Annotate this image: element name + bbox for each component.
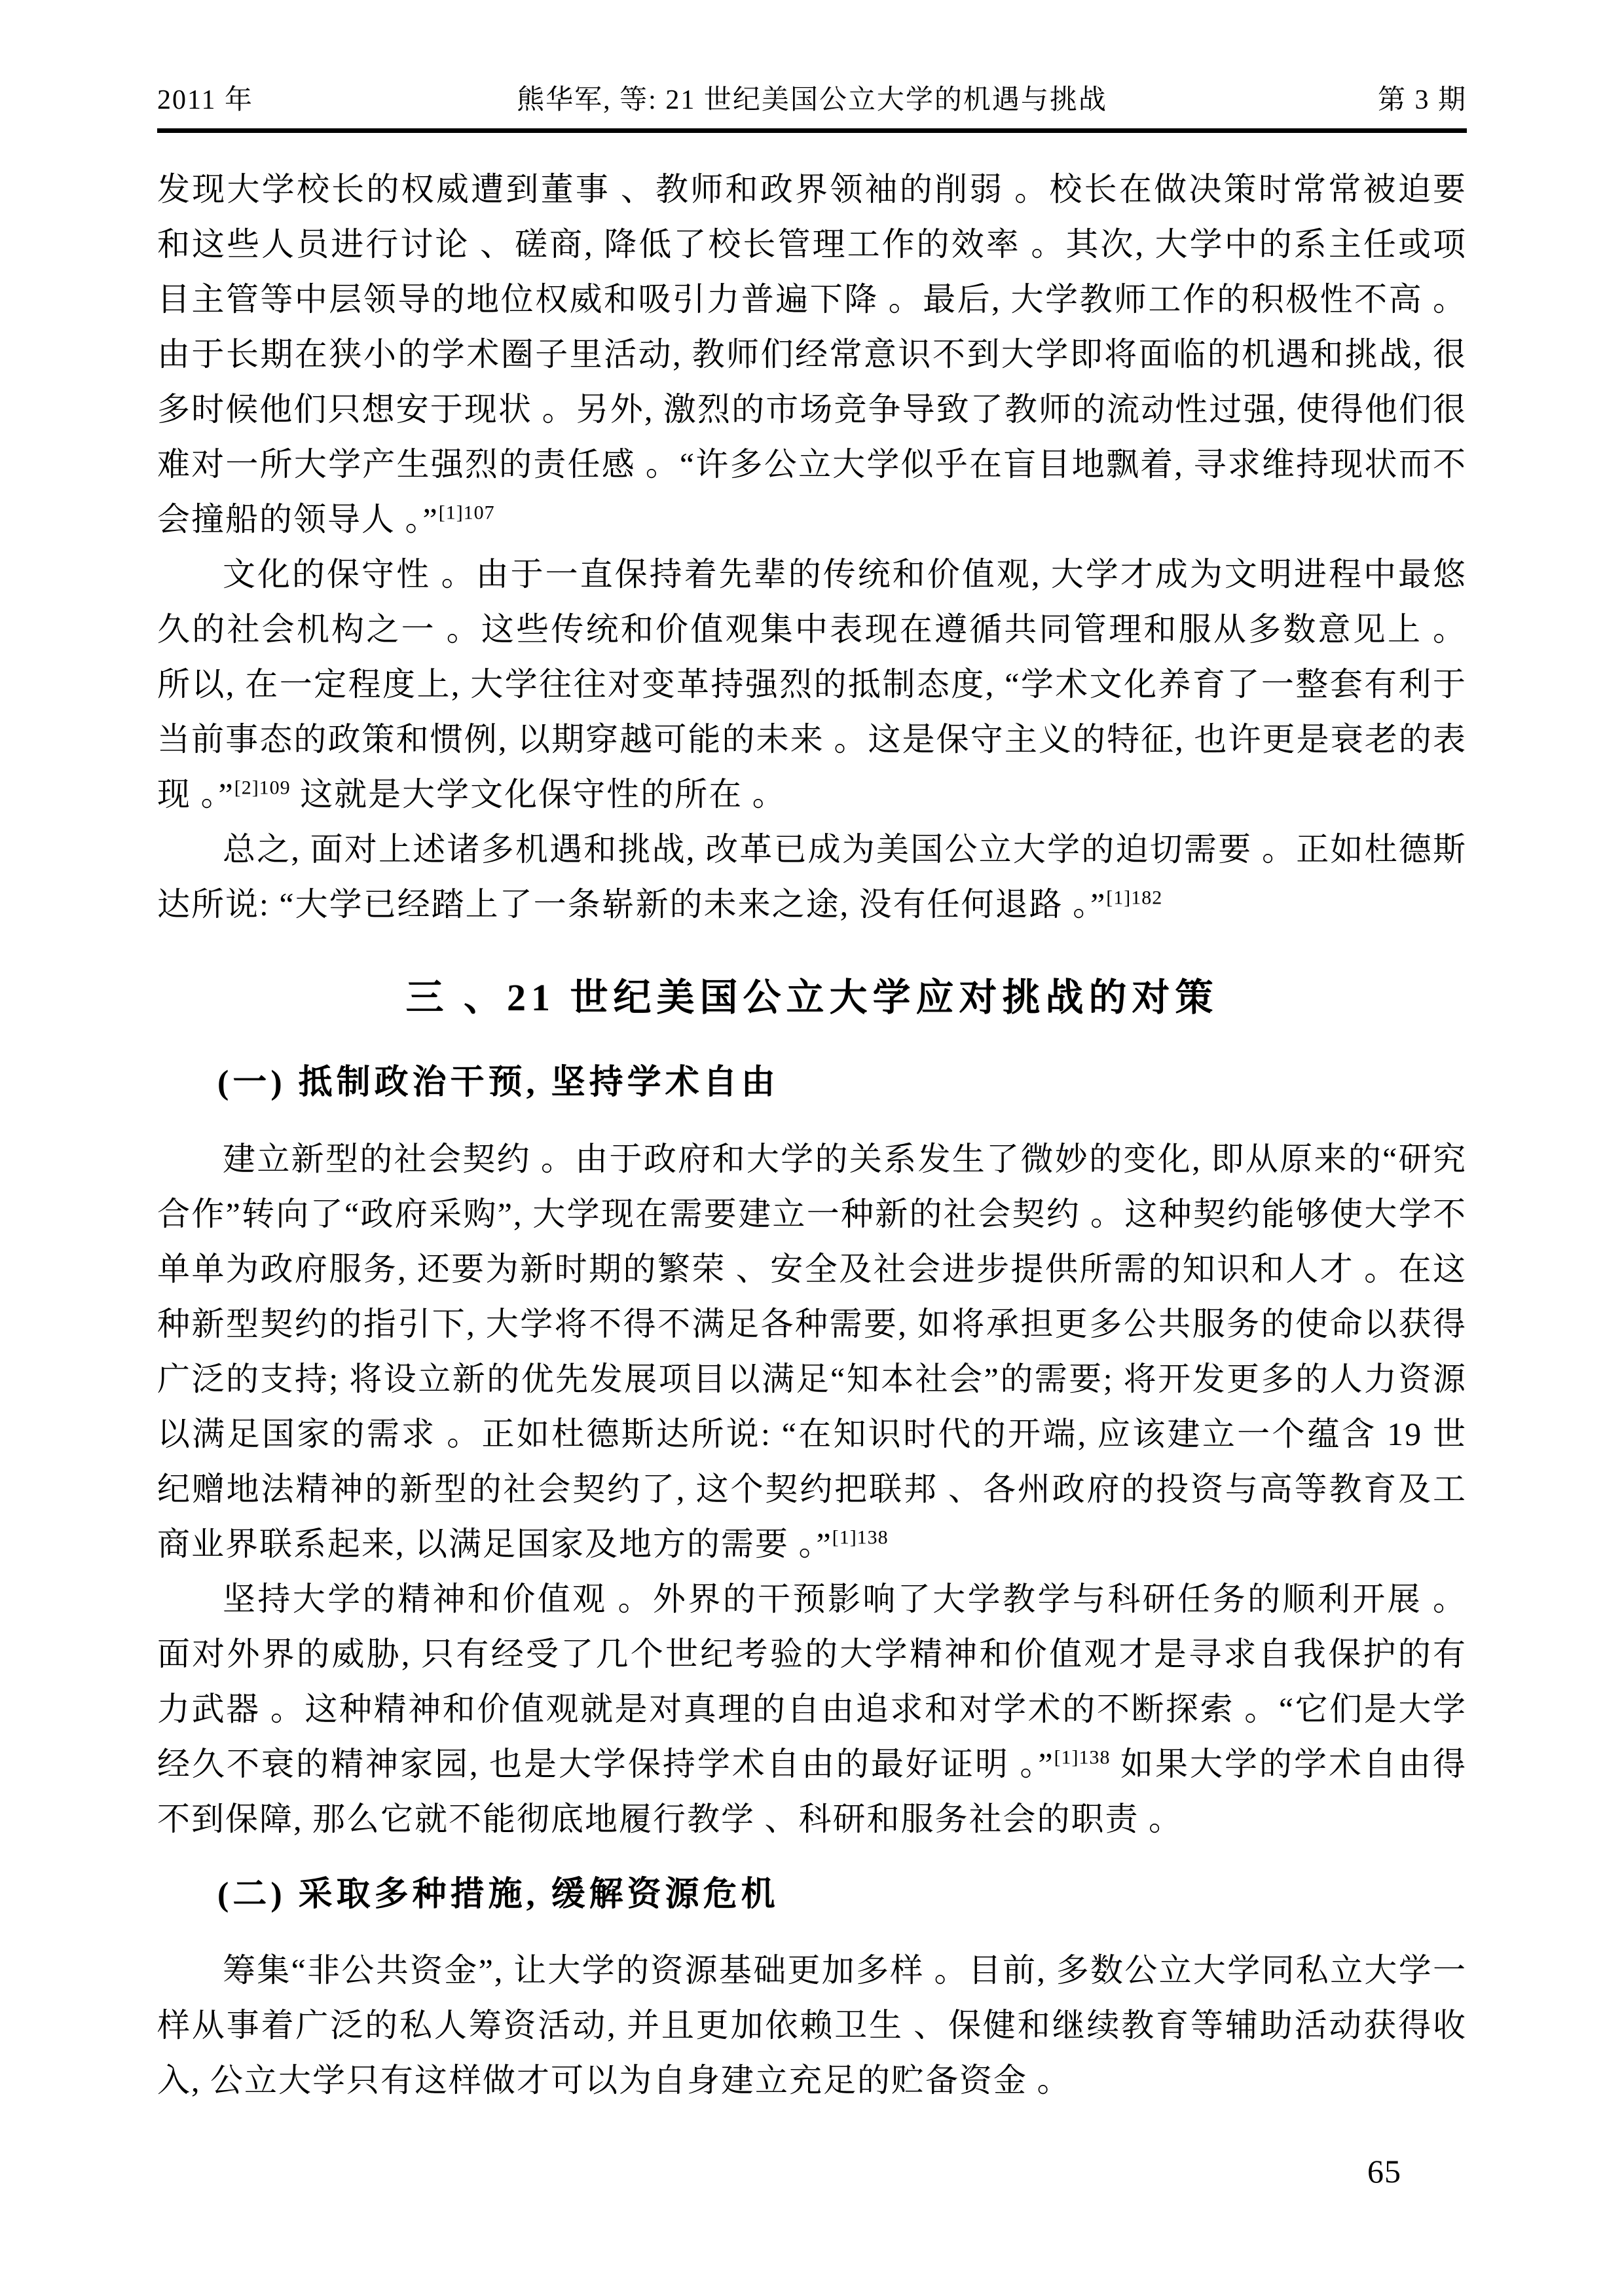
section-heading: 三 、21 世纪美国公立大学应对挑战的对策 — [157, 971, 1467, 1024]
paragraph-4-text: 建立新型的社会契约 。由于政府和大学的关系发生了微妙的变化, 即从原来的“研究合… — [157, 1141, 1467, 1562]
paragraph-6-text: 筹集“非公共资金”, 让大学的资源基础更加多样 。目前, 多数公立大学同私立大学… — [157, 1952, 1467, 2099]
paragraph-2-text: 文化的保守性 。由于一直保持着先辈的传统和价值观, 大学才成为文明进程中最悠久的… — [157, 556, 1467, 813]
citation-ref: [2]109 — [234, 777, 291, 798]
paragraph-1: 发现大学校长的权威遭到董事 、教师和政界领袖的削弱 。校长在做决策时常常被迫要和… — [157, 162, 1467, 547]
citation-ref: [1]138 — [832, 1526, 889, 1548]
header-rule — [157, 128, 1467, 133]
header-issue: 第 3 期 — [1297, 84, 1467, 117]
paragraph-2: 文化的保守性 。由于一直保持着先辈的传统和价值观, 大学才成为文明进程中最悠久的… — [157, 547, 1467, 822]
subsection-heading-1: (一) 抵制政治干预, 坚持学术自由 — [157, 1061, 1467, 1105]
citation-ref: [1]138 — [1054, 1746, 1111, 1768]
header-year: 2011 年 — [157, 84, 327, 117]
paragraph-3-text: 总之, 面对上述诸多机遇和挑战, 改革已成为美国公立大学的迫切需要 。正如杜德斯… — [157, 831, 1467, 923]
paragraph-6: 筹集“非公共资金”, 让大学的资源基础更加多样 。目前, 多数公立大学同私立大学… — [157, 1943, 1467, 2108]
paragraph-4: 建立新型的社会契约 。由于政府和大学的关系发生了微妙的变化, 即从原来的“研究合… — [157, 1131, 1467, 1571]
paragraph-1-text: 发现大学校长的权威遭到董事 、教师和政界领袖的削弱 。校长在做决策时常常被迫要和… — [157, 171, 1467, 538]
subsection-heading-2: (二) 采取多种措施, 缓解资源危机 — [157, 1873, 1467, 1917]
page-header: 2011 年 熊华军, 等: 21 世纪美国公立大学的机遇与挑战 第 3 期 — [157, 84, 1467, 117]
journal-page: 2011 年 熊华军, 等: 21 世纪美国公立大学的机遇与挑战 第 3 期 发… — [0, 0, 1624, 2295]
citation-ref: [1]182 — [1106, 887, 1162, 908]
page-number: 65 — [1367, 2152, 1401, 2190]
paragraph-2-text-cont: 这就是大学文化保守性的所在 。 — [291, 776, 786, 813]
article-body: 发现大学校长的权威遭到董事 、教师和政界领袖的削弱 。校长在做决策时常常被迫要和… — [157, 162, 1467, 2108]
header-running-title: 熊华军, 等: 21 世纪美国公立大学的机遇与挑战 — [327, 84, 1297, 117]
citation-ref: [1]107 — [439, 502, 495, 523]
paragraph-3: 总之, 面对上述诸多机遇和挑战, 改革已成为美国公立大学的迫切需要 。正如杜德斯… — [157, 822, 1467, 932]
paragraph-5: 坚持大学的精神和价值观 。外界的干预影响了大学教学与科研任务的顺利开展 。面对外… — [157, 1571, 1467, 1846]
